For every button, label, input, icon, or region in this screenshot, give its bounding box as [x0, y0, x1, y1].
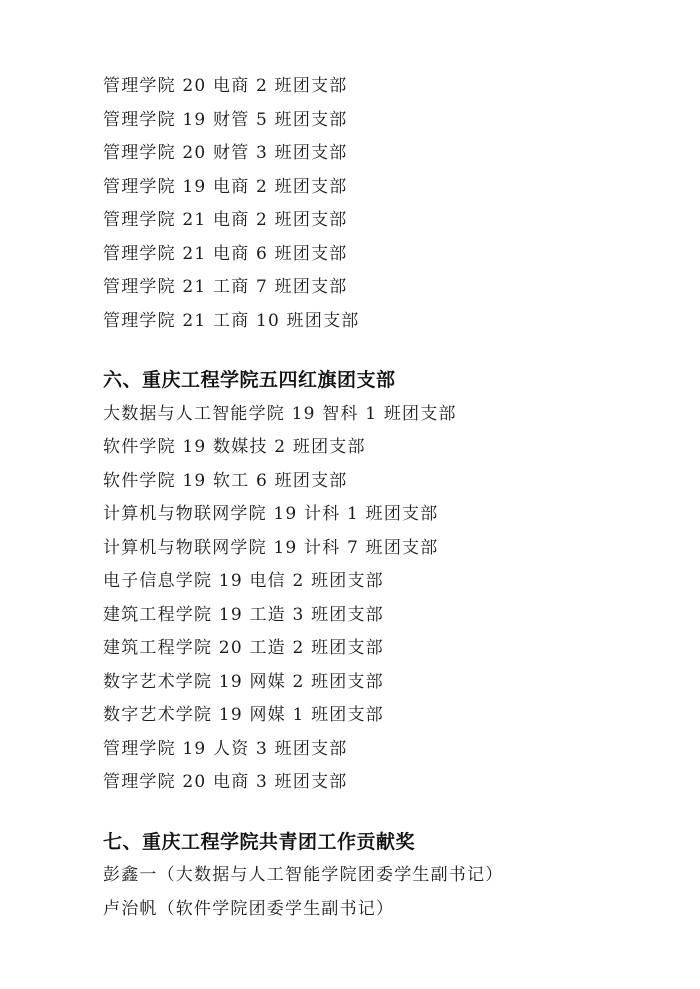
section-heading-six: 六、重庆工程学院五四红旗团支部 [103, 364, 650, 398]
list-item: 数字艺术学院 19 网媒 1 班团支部 [103, 699, 650, 733]
list-item: 电子信息学院 19 电信 2 班团支部 [103, 565, 650, 599]
section-seven-list: 彭鑫一（大数据与人工智能学院团委学生副书记） 卢治帆（软件学院团委学生副书记） [103, 859, 650, 926]
list-item: 管理学院 20 电商 3 班团支部 [103, 766, 650, 800]
list-item: 管理学院 20 电商 2 班团支部 [103, 70, 650, 104]
section-heading-seven: 七、重庆工程学院共青团工作贡献奖 [103, 826, 650, 860]
list-item: 计算机与物联网学院 19 计科 7 班团支部 [103, 532, 650, 566]
list-item: 建筑工程学院 19 工造 3 班团支部 [103, 599, 650, 633]
list-item: 软件学院 19 数媒技 2 班团支部 [103, 431, 650, 465]
list-item: 管理学院 21 电商 6 班团支部 [103, 238, 650, 272]
list-item: 管理学院 19 财管 5 班团支部 [103, 104, 650, 138]
list-item: 计算机与物联网学院 19 计科 1 班团支部 [103, 498, 650, 532]
list-item: 大数据与人工智能学院 19 智科 1 班团支部 [103, 398, 650, 432]
intro-list: 管理学院 20 电商 2 班团支部 管理学院 19 财管 5 班团支部 管理学院… [103, 70, 650, 338]
list-item: 管理学院 19 电商 2 班团支部 [103, 171, 650, 205]
list-item: 彭鑫一（大数据与人工智能学院团委学生副书记） [103, 859, 650, 893]
list-item: 建筑工程学院 20 工造 2 班团支部 [103, 632, 650, 666]
list-item: 管理学院 21 电商 2 班团支部 [103, 204, 650, 238]
document-page: 管理学院 20 电商 2 班团支部 管理学院 19 财管 5 班团支部 管理学院… [0, 0, 700, 989]
list-item: 软件学院 19 软工 6 班团支部 [103, 465, 650, 499]
list-item: 卢治帆（软件学院团委学生副书记） [103, 893, 650, 927]
list-item: 管理学院 21 工商 7 班团支部 [103, 271, 650, 305]
list-item: 管理学院 19 人资 3 班团支部 [103, 733, 650, 767]
list-item: 数字艺术学院 19 网媒 2 班团支部 [103, 666, 650, 700]
list-item: 管理学院 20 财管 3 班团支部 [103, 137, 650, 171]
list-item: 管理学院 21 工商 10 班团支部 [103, 305, 650, 339]
section-six-list: 大数据与人工智能学院 19 智科 1 班团支部 软件学院 19 数媒技 2 班团… [103, 398, 650, 800]
